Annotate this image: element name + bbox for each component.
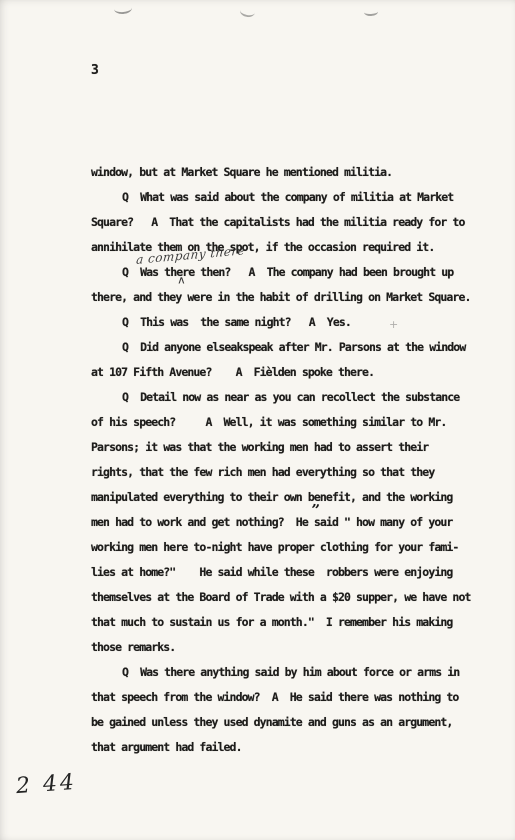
- transcript-line: that speech from the window? A He said t…: [91, 685, 503, 710]
- transcript-line: those remarks.: [91, 635, 503, 660]
- transcript-line: of his speech? A Well, it was something …: [91, 410, 503, 435]
- transcript-line: lies at home?" He said while these robbe…: [91, 560, 503, 585]
- transcript-line: themselves at the Board of Trade with a …: [91, 585, 503, 610]
- transcript-line: Square? A That the capitalists had the m…: [91, 210, 503, 235]
- transcript-line: Q Detail now as near as you can recollec…: [91, 385, 503, 410]
- transcript-line: that much to sustain us for a month." I …: [91, 610, 503, 635]
- transcript-line: Q Did anyone elseakspeak after Mr. Parso…: [91, 335, 503, 360]
- transcript-line: Q What was said about the company of mil…: [91, 185, 503, 210]
- scanned-transcript-page: 3 window, but at Market Square he mentio…: [0, 0, 515, 840]
- proofreader-caret-mark: ∧: [177, 274, 186, 287]
- transcript-line: working men here to-night have proper cl…: [91, 535, 503, 560]
- transcript-line: be gained unless they used dynamite and …: [91, 710, 503, 735]
- transcript-line: men had to work and get nothing? He said…: [91, 510, 503, 535]
- pen-stroke-mark: [114, 2, 133, 15]
- faint-plus-mark: +: [389, 318, 398, 331]
- transcript-line: Q This was the same night? A Yes.: [91, 310, 503, 335]
- pen-stroke-mark: [239, 5, 256, 18]
- transcript-line: Parsons; it was that the working men had…: [91, 435, 503, 460]
- transcript-line: that argument had failed.: [91, 735, 503, 760]
- transcript-line: at 107 Fifth Avenue? A Fièlden spoke the…: [91, 360, 503, 385]
- transcript-line: Q Was there anything said by him about f…: [91, 660, 503, 685]
- transcript-body: window, but at Market Square he mentione…: [91, 160, 503, 760]
- page-number: 3: [91, 63, 99, 78]
- pen-stroke-mark: [364, 8, 378, 17]
- transcript-line: there, and they were in the habit of dri…: [91, 285, 503, 310]
- transcript-line: manipulated everything to their own bene…: [91, 485, 503, 510]
- transcript-line: window, but at Market Square he mentione…: [91, 160, 503, 185]
- transcript-line: rights, that the few rich men had everyt…: [91, 460, 503, 485]
- handwritten-folio-number: 2 44: [15, 770, 78, 799]
